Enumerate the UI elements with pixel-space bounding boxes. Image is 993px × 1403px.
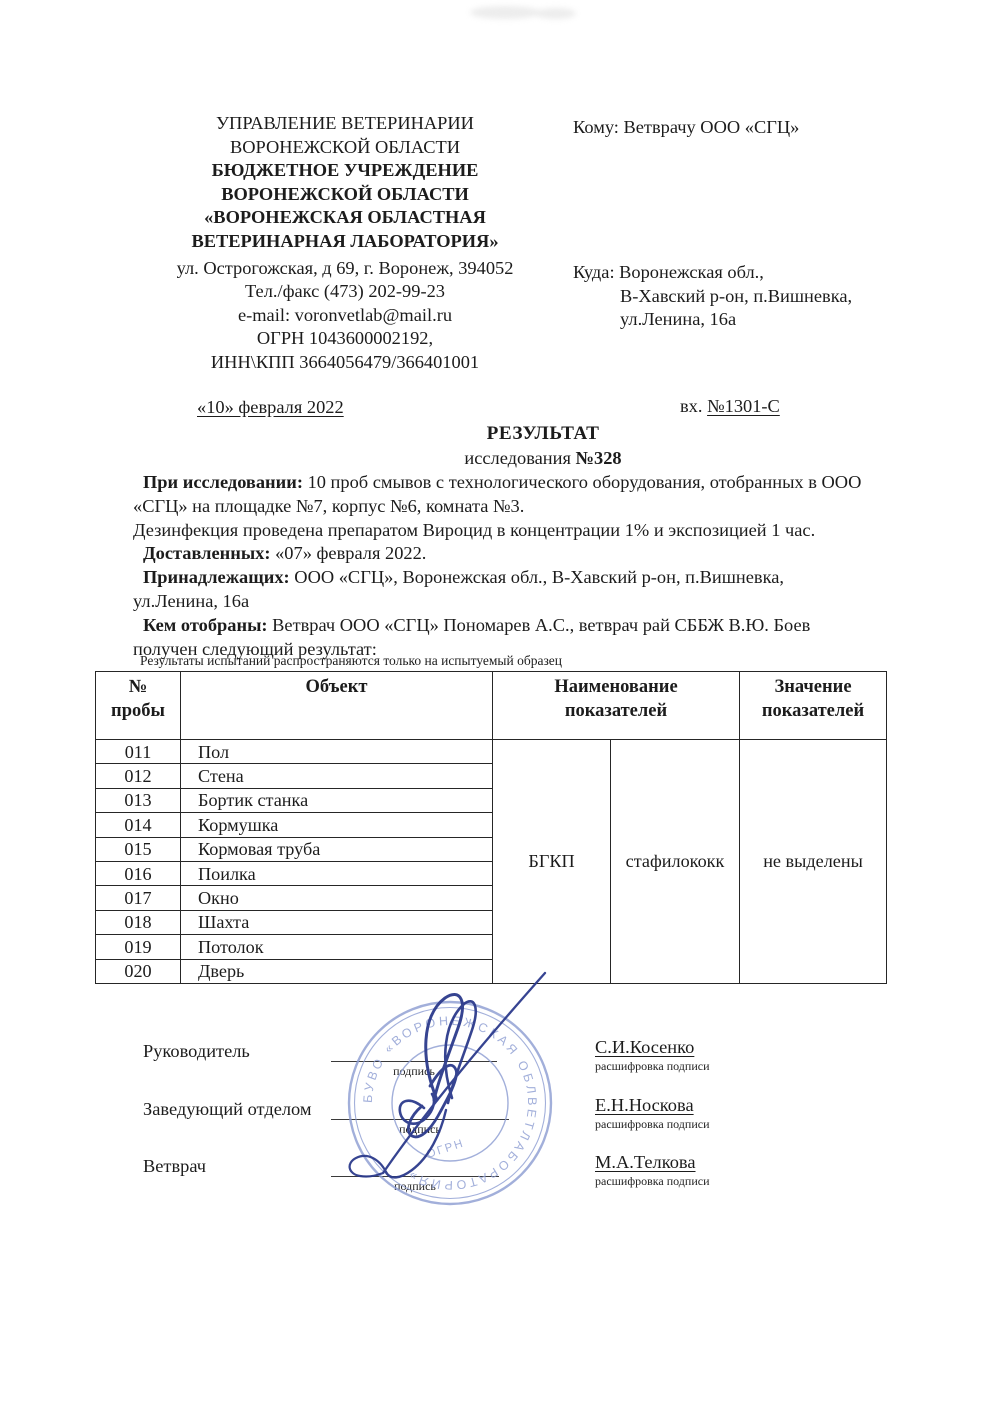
cell-object: Пол bbox=[181, 740, 493, 764]
incoming-no-value: №1301-С bbox=[707, 396, 780, 416]
cell-sample-no: 016 bbox=[96, 861, 181, 885]
incoming-prefix: вх. bbox=[680, 396, 707, 416]
signature-line bbox=[331, 1119, 509, 1120]
org-line-bold: ВЕТЕРИНАРНАЯ ЛАБОРАТОРИЯ» bbox=[145, 230, 545, 254]
cell-sample-no: 011 bbox=[96, 740, 181, 764]
paragraph-label: Кем отобраны: bbox=[143, 615, 268, 635]
cell-object: Стена bbox=[181, 764, 493, 788]
paragraph-label: При исследовании: bbox=[143, 472, 303, 492]
cell-object: Поилка bbox=[181, 861, 493, 885]
signer-name-caption: расшифровка подписи bbox=[595, 1059, 710, 1074]
org-header-block: УПРАВЛЕНИЕ ВЕТЕРИНАРИИ ВОРОНЕЖСКОЙ ОБЛАС… bbox=[145, 112, 545, 375]
cell-sample-no: 015 bbox=[96, 837, 181, 861]
cell-result-value: не выделены bbox=[740, 740, 887, 984]
results-table-wrap: № пробы Объект Наименование показателей … bbox=[95, 671, 887, 984]
col-header-sample-no: № пробы bbox=[96, 672, 181, 740]
results-table: № пробы Объект Наименование показателей … bbox=[95, 671, 887, 984]
where-line: Куда: Воронежская обл., bbox=[573, 261, 852, 285]
scan-smudge bbox=[536, 8, 576, 19]
org-address-line: ИНН\КПП 3664056479/366401001 bbox=[145, 351, 545, 375]
cell-object: Бортик станка bbox=[181, 788, 493, 812]
document-date: «10» февраля 2022 bbox=[197, 397, 344, 418]
signer-name-caption: расшифровка подписи bbox=[595, 1174, 710, 1189]
org-address-line: Тел./факс (473) 202-99-23 bbox=[145, 280, 545, 304]
org-address-line: ОГРН 1043600002192, bbox=[145, 327, 545, 351]
paragraph: Доставленных: «07» февраля 2022. bbox=[133, 542, 933, 566]
scan-smudge bbox=[470, 6, 540, 19]
signer-role: Заведующий отделом bbox=[143, 1099, 312, 1120]
signature-caption: подпись bbox=[331, 1122, 509, 1137]
signature-line bbox=[331, 1176, 499, 1177]
signer-name: С.И.Косенко bbox=[595, 1037, 710, 1058]
col-header-object: Объект bbox=[181, 672, 493, 740]
cell-sample-no: 013 bbox=[96, 788, 181, 812]
where-line: ул.Ленина, 16а bbox=[573, 308, 852, 332]
where-line: В-Хавский р-он, п.Вишневка, bbox=[573, 285, 852, 309]
signature-caption: подпись bbox=[331, 1064, 497, 1079]
org-address-line: e-mail: voronvetlab@mail.ru bbox=[145, 304, 545, 328]
cell-object: Дверь bbox=[181, 959, 493, 983]
paragraph-label: Доставленных: bbox=[143, 543, 271, 563]
incoming-number: вх. №1301-С bbox=[680, 396, 780, 417]
org-line: УПРАВЛЕНИЕ ВЕТЕРИНАРИИ bbox=[145, 112, 545, 136]
subtitle-text: исследования bbox=[464, 448, 575, 468]
paragraph-label: Принадлежащих: bbox=[143, 567, 290, 587]
paragraph: Принадлежащих: ООО «СГЦ», Воронежская об… bbox=[133, 566, 933, 614]
cell-object: Окно bbox=[181, 886, 493, 910]
cell-object: Шахта bbox=[181, 910, 493, 934]
signer-name: Е.Н.Носкова bbox=[595, 1095, 710, 1116]
org-line-bold: ВОРОНЕЖСКОЙ ОБЛАСТИ bbox=[145, 183, 545, 207]
table-row: 011 Пол БГКП стафилококк не выделены bbox=[96, 740, 887, 764]
cell-sample-no: 014 bbox=[96, 813, 181, 837]
signature-row-head: Руководитель подпись С.И.Косенко расшифр… bbox=[143, 1037, 783, 1093]
signer-role: Руководитель bbox=[143, 1041, 250, 1062]
cell-indicator-staph: стафилококк bbox=[611, 740, 740, 984]
page-title: РЕЗУЛЬТАТ bbox=[140, 422, 946, 446]
table-disclaimer-note: Результаты испытаний распространяются то… bbox=[140, 653, 562, 669]
paragraph-text: Дезинфекция проведена препаратом Вироцид… bbox=[133, 520, 815, 540]
body-text: При исследовании: 10 проб смывов с техно… bbox=[133, 471, 933, 661]
cell-sample-no: 012 bbox=[96, 764, 181, 788]
cell-object: Кормушка bbox=[181, 813, 493, 837]
paragraph-text: «07» февраля 2022. bbox=[271, 543, 427, 563]
org-line-bold: «ВОРОНЕЖСКАЯ ОБЛАСТНАЯ bbox=[145, 206, 545, 230]
signer-name: М.А.Телкова bbox=[595, 1152, 710, 1173]
signer-name-block: М.А.Телкова расшифровка подписи bbox=[595, 1152, 710, 1189]
paragraph: При исследовании: 10 проб смывов с техно… bbox=[133, 471, 933, 519]
org-line-bold: БЮДЖЕТНОЕ УЧРЕЖДЕНИЕ bbox=[145, 159, 545, 183]
signer-name-block: Е.Н.Носкова расшифровка подписи bbox=[595, 1095, 710, 1132]
signature-row-vet: Ветврач подпись М.А.Телкова расшифровка … bbox=[143, 1152, 783, 1208]
document-page: УПРАВЛЕНИЕ ВЕТЕРИНАРИИ ВОРОНЕЖСКОЙ ОБЛАС… bbox=[0, 0, 993, 1403]
cell-sample-no: 019 bbox=[96, 935, 181, 959]
signer-name-block: С.И.Косенко расшифровка подписи bbox=[595, 1037, 710, 1074]
org-address-line: ул. Острогожская, д 69, г. Воронеж, 3940… bbox=[145, 257, 545, 281]
cell-sample-no: 020 bbox=[96, 959, 181, 983]
signature-caption: подпись bbox=[331, 1179, 499, 1194]
col-header-value: Значение показателей bbox=[740, 672, 887, 740]
paragraph: Дезинфекция проведена препаратом Вироцид… bbox=[133, 519, 933, 543]
signature-row-dept: Заведующий отделом подпись Е.Н.Носкова р… bbox=[143, 1095, 783, 1151]
signature-line bbox=[331, 1061, 497, 1062]
cell-object: Потолок bbox=[181, 935, 493, 959]
cell-object: Кормовая труба bbox=[181, 837, 493, 861]
cell-sample-no: 018 bbox=[96, 910, 181, 934]
subtitle-number: №328 bbox=[576, 448, 622, 468]
signer-name-caption: расшифровка подписи bbox=[595, 1117, 710, 1132]
table-header-row: № пробы Объект Наименование показателей … bbox=[96, 672, 887, 740]
org-line: ВОРОНЕЖСКОЙ ОБЛАСТИ bbox=[145, 136, 545, 160]
title-block: РЕЗУЛЬТАТ исследования №328 bbox=[140, 422, 946, 470]
recipient-to: Кому: Ветврачу ООО «СГЦ» bbox=[573, 117, 799, 138]
cell-indicator-bgkp: БГКП bbox=[493, 740, 611, 984]
cell-sample-no: 017 bbox=[96, 886, 181, 910]
col-header-indicator: Наименование показателей bbox=[493, 672, 740, 740]
signer-role: Ветврач bbox=[143, 1156, 206, 1177]
date-value: «10» февраля 2022 bbox=[197, 397, 344, 417]
page-subtitle: исследования №328 bbox=[140, 446, 946, 470]
recipient-where: Куда: Воронежская обл., В-Хавский р-он, … bbox=[573, 261, 852, 332]
